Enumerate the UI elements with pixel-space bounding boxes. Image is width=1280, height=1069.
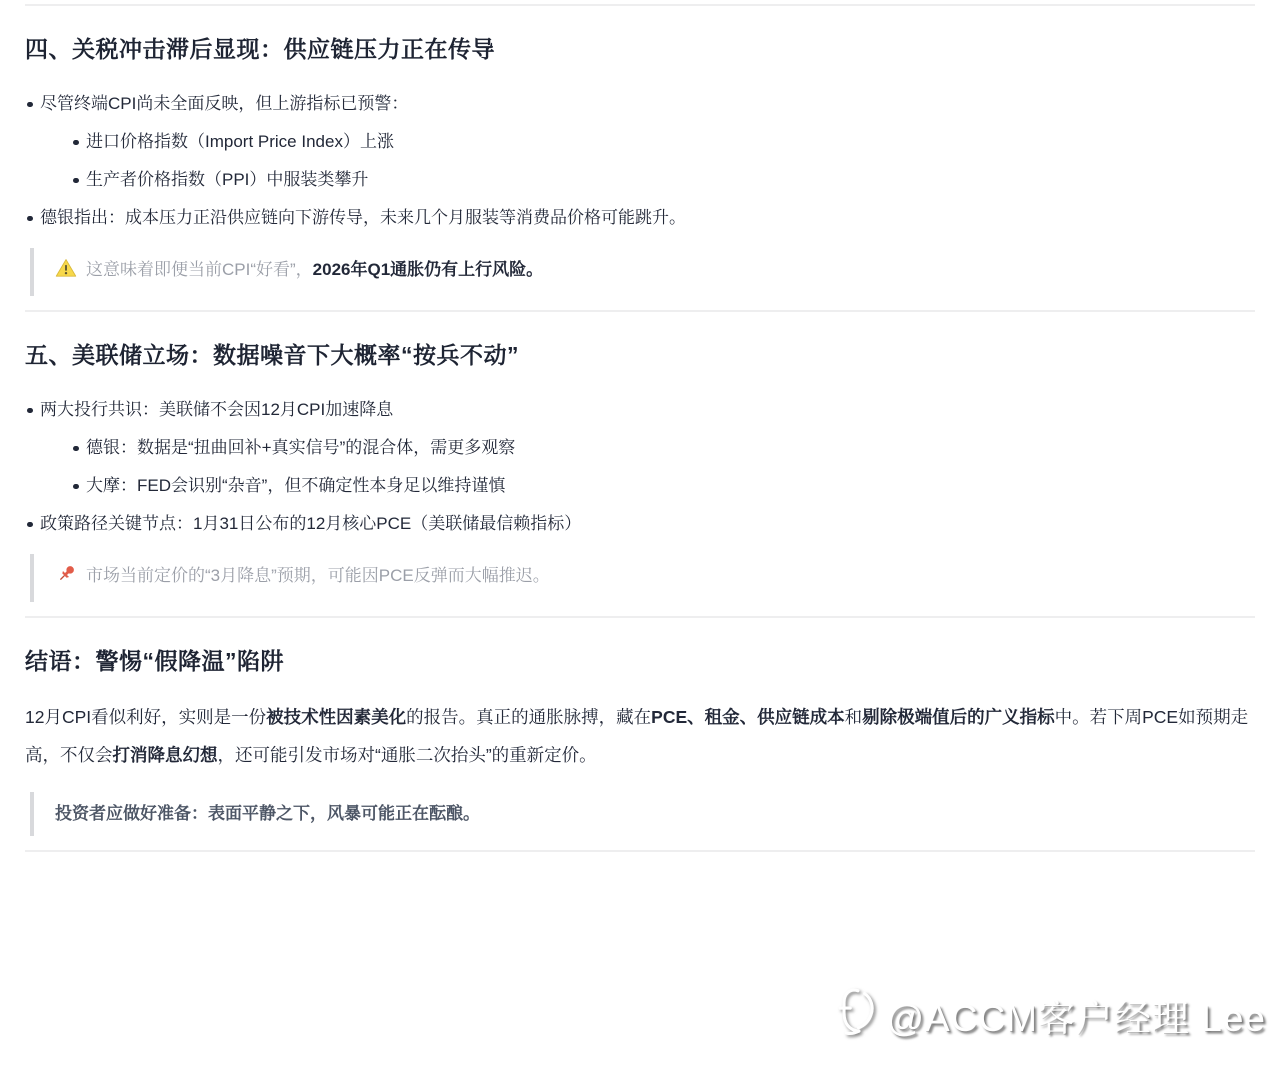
list-item: 尽管终端CPI尚未全面反映，但上游指标已预警： 进口价格指数（Import Pr… [27,90,1255,194]
callout-quote: 市场当前定价的“3月降息”预期，可能因PCE反弹而大幅推迟。 [30,554,1255,602]
paragraph-run: ，还可能引发市场对“通胀二次抬头”的重新定价。 [218,745,597,765]
list-item: 大摩：FED会识别“杂音”，但不确定性本身足以维持谨慎 [73,472,1255,500]
article-content: 四、关税冲击滞后显现：供应链压力正在传导 尽管终端CPI尚未全面反映，但上游指标… [0,4,1280,852]
section-divider [25,4,1255,6]
list-item-text: 德银：数据是“扭曲回补+真实信号”的混合体，需更多观察 [86,438,515,457]
article-page: 四、关税冲击滞后显现：供应链压力正在传导 尽管终端CPI尚未全面反映，但上游指标… [0,0,1280,1069]
section-fed: 五、美联储立场：数据噪音下大概率“按兵不动” 两大投行共识：美联储不会因12月C… [25,340,1255,602]
list-item-text: 大摩：FED会识别“杂音”，但不确定性本身足以维持谨慎 [86,476,505,495]
callout-quote: 投资者应做好准备：表面平静之下，风暴可能正在酝酿。 [30,792,1255,836]
quote-text-bold: 2026年Q1通胀仍有上行风险。 [313,260,544,279]
paragraph-run-bold: 被技术性因素美化 [266,707,406,727]
section-divider [25,850,1255,852]
list-item: 生产者价格指数（PPI）中服装类攀升 [73,166,1255,194]
paragraph-run: 12月CPI看似利好，实则是一份 [25,707,266,727]
conclusion-paragraph: 12月CPI看似利好，实则是一份被技术性因素美化的报告。真正的通胀脉搏，藏在PC… [25,698,1255,774]
list-item-text: 生产者价格指数（PPI）中服装类攀升 [86,170,368,189]
section-heading: 结语：警惕“假降温”陷阱 [25,646,1255,676]
watermark-text: @ACCM客户经理 Lee [886,988,1266,1042]
list-item: 德银指出：成本压力正沿供应链向下游传导，未来几个月服装等消费品价格可能跳升。 [27,204,1255,232]
quote-text: 市场当前定价的“3月降息”预期，可能因PCE反弹而大幅推迟。 [86,566,550,585]
list-item-text: 两大投行共识：美联储不会因12月CPI加速降息 [40,400,393,419]
paragraph-run-bold: 剔除极端值后的广义指标 [862,707,1055,727]
section-heading: 五、美联储立场：数据噪音下大概率“按兵不动” [25,340,1255,370]
section-conclusion: 结语：警惕“假降温”陷阱 12月CPI看似利好，实则是一份被技术性因素美化的报告… [25,646,1255,836]
section-divider [25,310,1255,312]
list-item: 政策路径关键节点：1月31日公布的12月核心PCE（美联储最信赖指标） [27,510,1255,538]
bullet-list: 尽管终端CPI尚未全面反映，但上游指标已预警： 进口价格指数（Import Pr… [25,90,1255,232]
quote-text: 这意味着即便当前CPI“好看”， [86,260,313,279]
list-item-text: 政策路径关键节点：1月31日公布的12月核心PCE（美联储最信赖指标） [40,514,581,533]
list-item: 德银：数据是“扭曲回补+真实信号”的混合体，需更多观察 [73,434,1255,462]
section-heading: 四、关税冲击滞后显现：供应链压力正在传导 [25,34,1255,64]
section-divider [25,616,1255,618]
pushpin-icon [55,563,77,594]
paragraph-run-bold: 打消降息幻想 [113,745,218,765]
section-tariff: 四、关税冲击滞后显现：供应链压力正在传导 尽管终端CPI尚未全面反映，但上游指标… [25,34,1255,296]
bullet-list: 两大投行共识：美联储不会因12月CPI加速降息 德银：数据是“扭曲回补+真实信号… [25,396,1255,538]
callout-quote: 这意味着即便当前CPI“好看”，2026年Q1通胀仍有上行风险。 [30,248,1255,296]
paragraph-run: 和 [845,707,863,727]
sub-bullet-list: 德银：数据是“扭曲回补+真实信号”的混合体，需更多观察 大摩：FED会识别“杂音… [40,434,1255,500]
list-item-text: 进口价格指数（Import Price Index）上涨 [86,132,394,151]
warning-icon [55,257,77,288]
watermark: @ACCM客户经理 Lee [832,984,1266,1045]
list-item-text: 尽管终端CPI尚未全面反映，但上游指标已预警： [40,94,408,113]
quote-text-bold: 投资者应做好准备：表面平静之下，风暴可能正在酝酿。 [55,804,480,823]
paragraph-run-bold: PCE、租金、供应链成本 [651,707,844,727]
paragraph-run: 的报告。真正的通胀脉搏，藏在 [406,707,651,727]
list-item: 进口价格指数（Import Price Index）上涨 [73,128,1255,156]
chat-bubble-logo-icon [832,984,882,1045]
sub-bullet-list: 进口价格指数（Import Price Index）上涨 生产者价格指数（PPI… [40,128,1255,194]
list-item: 两大投行共识：美联储不会因12月CPI加速降息 德银：数据是“扭曲回补+真实信号… [27,396,1255,500]
list-item-text: 德银指出：成本压力正沿供应链向下游传导，未来几个月服装等消费品价格可能跳升。 [40,208,686,227]
